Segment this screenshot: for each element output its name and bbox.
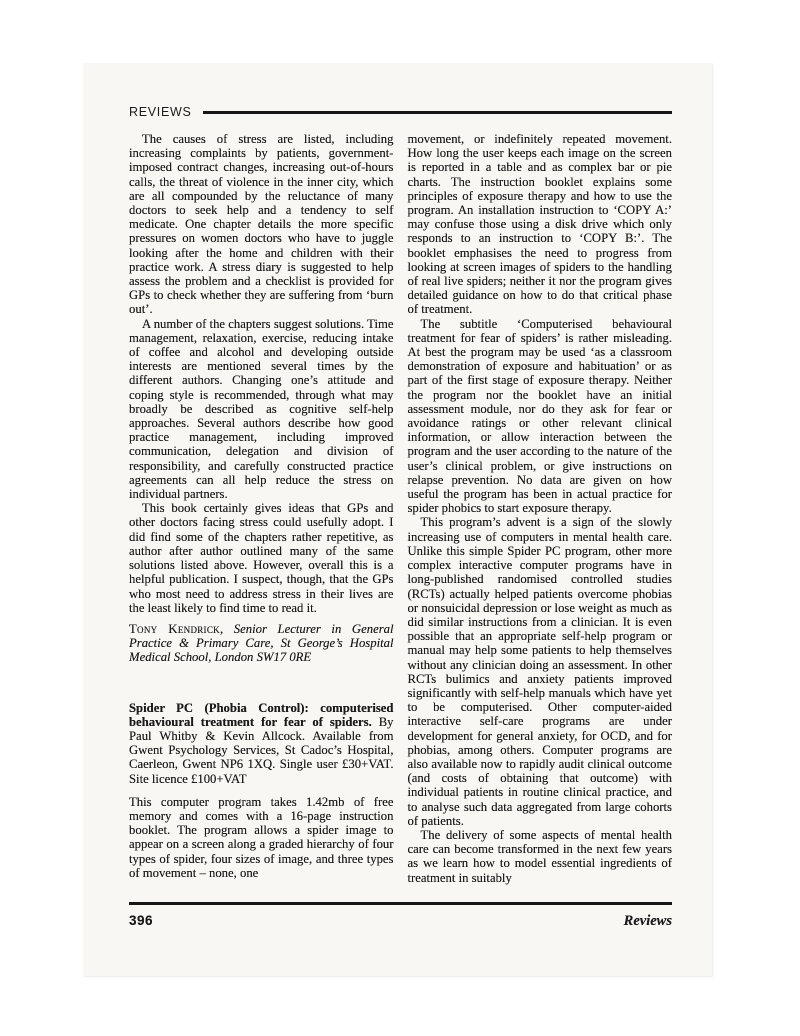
paragraph: movement, or indefinitely repeated movem… bbox=[408, 132, 673, 317]
paragraph: The subtitle ‘Computerised behavioural t… bbox=[408, 317, 673, 516]
review-heading: Spider PC (Phobia Control): computerised… bbox=[129, 701, 394, 786]
scan-canvas: REVIEWS The causes of stress are listed,… bbox=[0, 0, 800, 1036]
reviewer-signature: Tony Kendrick, Senior Lecturer in Genera… bbox=[129, 622, 394, 665]
left-column: The causes of stress are listed, includi… bbox=[129, 132, 394, 910]
paragraph: The delivery of some aspects of mental h… bbox=[408, 828, 673, 885]
header-rule bbox=[203, 111, 672, 114]
review-title: Spider PC (Phobia Control): computerised… bbox=[129, 701, 394, 729]
running-title: Reviews bbox=[624, 913, 672, 930]
paragraph: This computer program takes 1.42mb of fr… bbox=[129, 795, 394, 880]
paragraph: The causes of stress are listed, includi… bbox=[129, 132, 394, 317]
right-column: movement, or indefinitely repeated movem… bbox=[408, 132, 673, 910]
page-number: 396 bbox=[129, 913, 153, 928]
text-columns: The causes of stress are listed, includi… bbox=[129, 132, 672, 910]
paragraph: This program’s advent is a sign of the s… bbox=[408, 515, 673, 827]
journal-page: REVIEWS The causes of stress are listed,… bbox=[84, 64, 712, 976]
section-label: REVIEWS bbox=[129, 105, 192, 119]
footer-rule bbox=[129, 902, 672, 905]
paragraph: A number of the chapters suggest solutio… bbox=[129, 317, 394, 502]
page-footer: 396 Reviews bbox=[129, 913, 672, 930]
reviewer-name: Tony Kendrick bbox=[129, 622, 220, 636]
page-header: REVIEWS bbox=[129, 105, 672, 119]
paragraph: This book certainly gives ideas that GPs… bbox=[129, 501, 394, 615]
